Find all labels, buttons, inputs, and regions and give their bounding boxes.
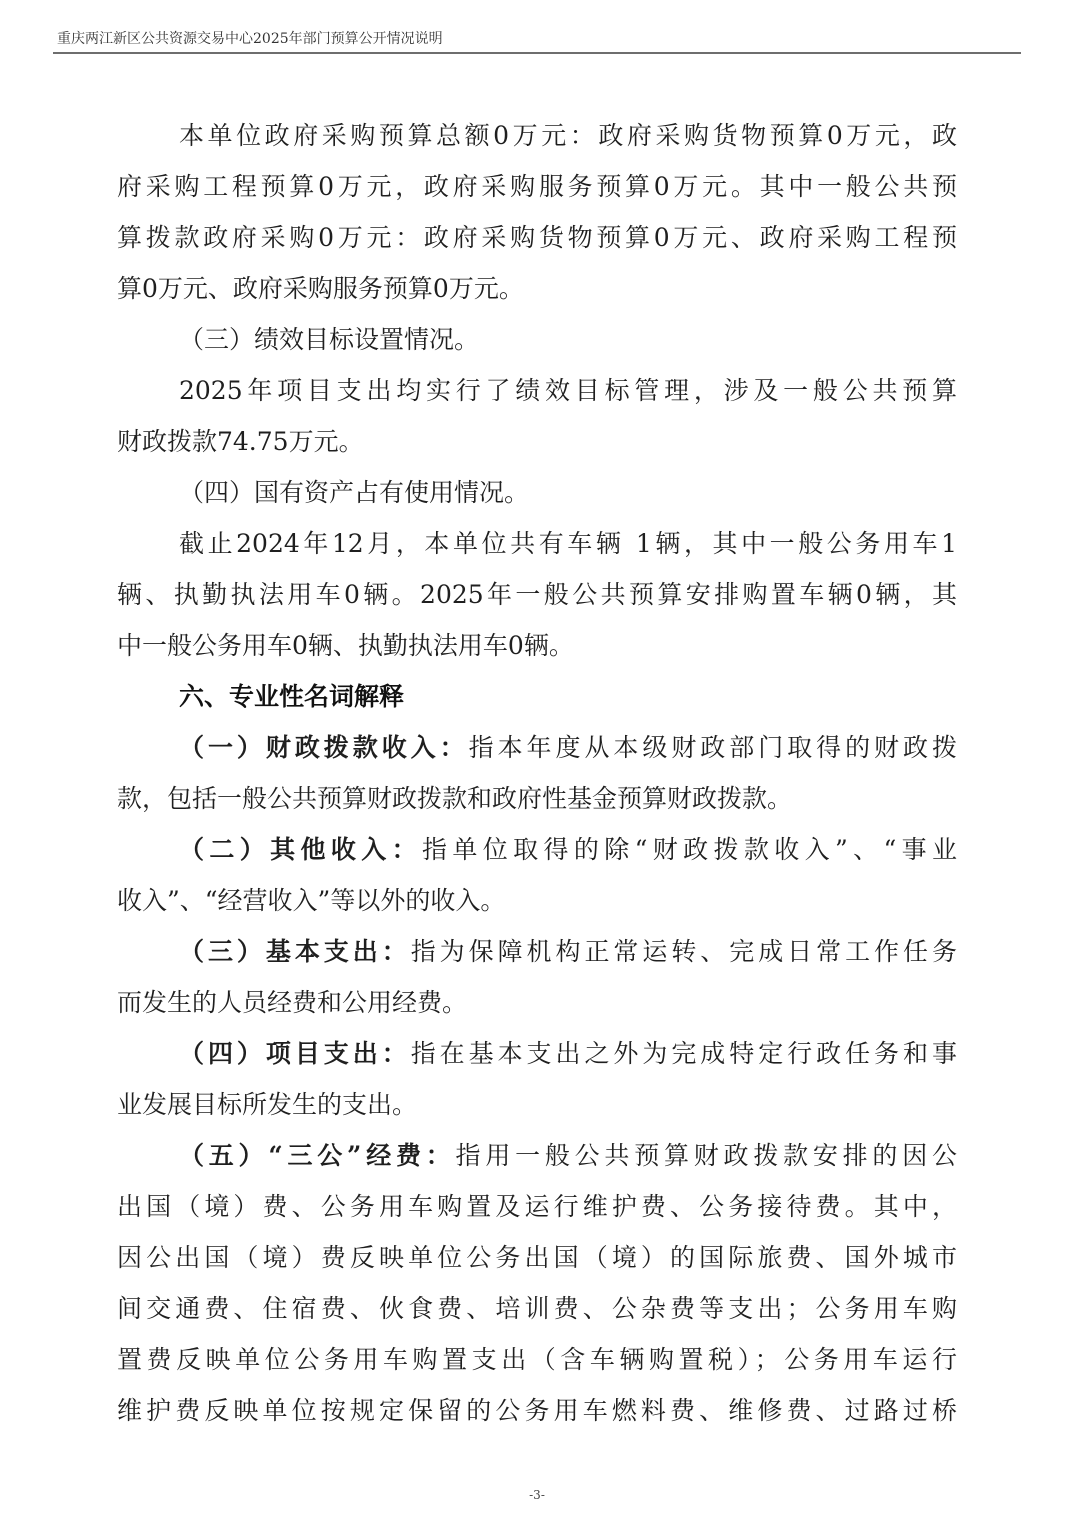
term-label: （二）其他收入： <box>179 835 422 864</box>
text-line: 府采购工程预算0万元，政府采购服务预算0万元。其中一般公共预 <box>117 161 957 212</box>
term-label: （三）基本支出： <box>179 937 411 966</box>
subheading-performance: （三）绩效目标设置情况。 <box>117 314 957 365</box>
term-definition: 指本年度从本级财政部门取得的财政拨 <box>469 733 957 762</box>
text-line: 收入”、“经营收入”等以外的收入。 <box>117 875 957 926</box>
subheading-assets: （四）国有资产占有使用情况。 <box>117 467 957 518</box>
assets-paragraph: 截止2024年12月，本单位共有车辆 1辆，其中一般公务用车1 辆、执勤执法用车… <box>117 518 957 671</box>
text-line: 置费反映单位公务用车购置支出（含车辆购置税）；公务用车运行 <box>117 1334 957 1385</box>
term-definition: 指用一般公共预算财政拨款安排的因公 <box>456 1141 957 1170</box>
term-three-public-expenses: （五）“三公”经费：指用一般公共预算财政拨款安排的因公 出国（境）费、公务用车购… <box>117 1130 957 1436</box>
header-divider <box>53 52 1021 54</box>
text-line: 出国（境）费、公务用车购置及运行维护费、公务接待费。其中， <box>117 1181 957 1232</box>
text-line: 截止2024年12月，本单位共有车辆 1辆，其中一般公务用车1 <box>117 518 957 569</box>
term-definition: 指单位取得的除“财政拨款收入”、“事业 <box>422 835 957 864</box>
term-fiscal-appropriation: （一）财政拨款收入：指本年度从本级财政部门取得的财政拨 款，包括一般公共预算财政… <box>117 722 957 824</box>
text-line: 业发展目标所发生的支出。 <box>117 1079 957 1130</box>
text-line: 款，包括一般公共预算财政拨款和政府性基金预算财政拨款。 <box>117 773 957 824</box>
term-definition: 指为保障机构正常运转、完成日常工作任务 <box>411 937 957 966</box>
term-label: （四）项目支出： <box>179 1039 411 1068</box>
page-number: -3- <box>0 1488 1074 1502</box>
term-basic-expenditure: （三）基本支出：指为保障机构正常运转、完成日常工作任务 而发生的人员经费和公用经… <box>117 926 957 1028</box>
text-line: 2025年项目支出均实行了绩效目标管理，涉及一般公共预算 <box>117 365 957 416</box>
document-body: 本单位政府采购预算总额0万元：政府采购货物预算0万元，政 府采购工程预算0万元，… <box>117 110 957 1436</box>
procurement-paragraph: 本单位政府采购预算总额0万元：政府采购货物预算0万元，政 府采购工程预算0万元，… <box>117 110 957 314</box>
term-label: （五）“三公”经费： <box>179 1141 456 1170</box>
text-line: 财政拨款74.75万元。 <box>117 416 957 467</box>
term-definition: 指在基本支出之外为完成特定行政任务和事 <box>411 1039 957 1068</box>
term-project-expenditure: （四）项目支出：指在基本支出之外为完成特定行政任务和事 业发展目标所发生的支出。 <box>117 1028 957 1130</box>
term-other-income: （二）其他收入：指单位取得的除“财政拨款收入”、“事业 收入”、“经营收入”等以… <box>117 824 957 926</box>
performance-paragraph: 2025年项目支出均实行了绩效目标管理，涉及一般公共预算 财政拨款74.75万元… <box>117 365 957 467</box>
text-line: 算0万元、政府采购服务预算0万元。 <box>117 263 957 314</box>
text-line: 中一般公务用车0辆、执勤执法用车0辆。 <box>117 620 957 671</box>
text-line: 维护费反映单位按规定保留的公务用车燃料费、维修费、过路过桥 <box>117 1385 957 1436</box>
page-header: 重庆两江新区公共资源交易中心2025年部门预算公开情况说明 <box>53 28 1021 54</box>
text-line: 间交通费、住宿费、伙食费、培训费、公杂费等支出；公务用车购 <box>117 1283 957 1334</box>
text-line: 而发生的人员经费和公用经费。 <box>117 977 957 1028</box>
text-line: 因公出国（境）费反映单位公务出国（境）的国际旅费、国外城市 <box>117 1232 957 1283</box>
section-heading: 六、专业性名词解释 <box>117 671 957 722</box>
text-line: 算拨款政府采购0万元：政府采购货物预算0万元、政府采购工程预 <box>117 212 957 263</box>
text-line: 本单位政府采购预算总额0万元：政府采购货物预算0万元，政 <box>117 110 957 161</box>
term-label: （一）财政拨款收入： <box>179 733 469 762</box>
text-line: 辆、执勤执法用车0辆。2025年一般公共预算安排购置车辆0辆，其 <box>117 569 957 620</box>
document-title: 重庆两江新区公共资源交易中心2025年部门预算公开情况说明 <box>57 28 443 50</box>
